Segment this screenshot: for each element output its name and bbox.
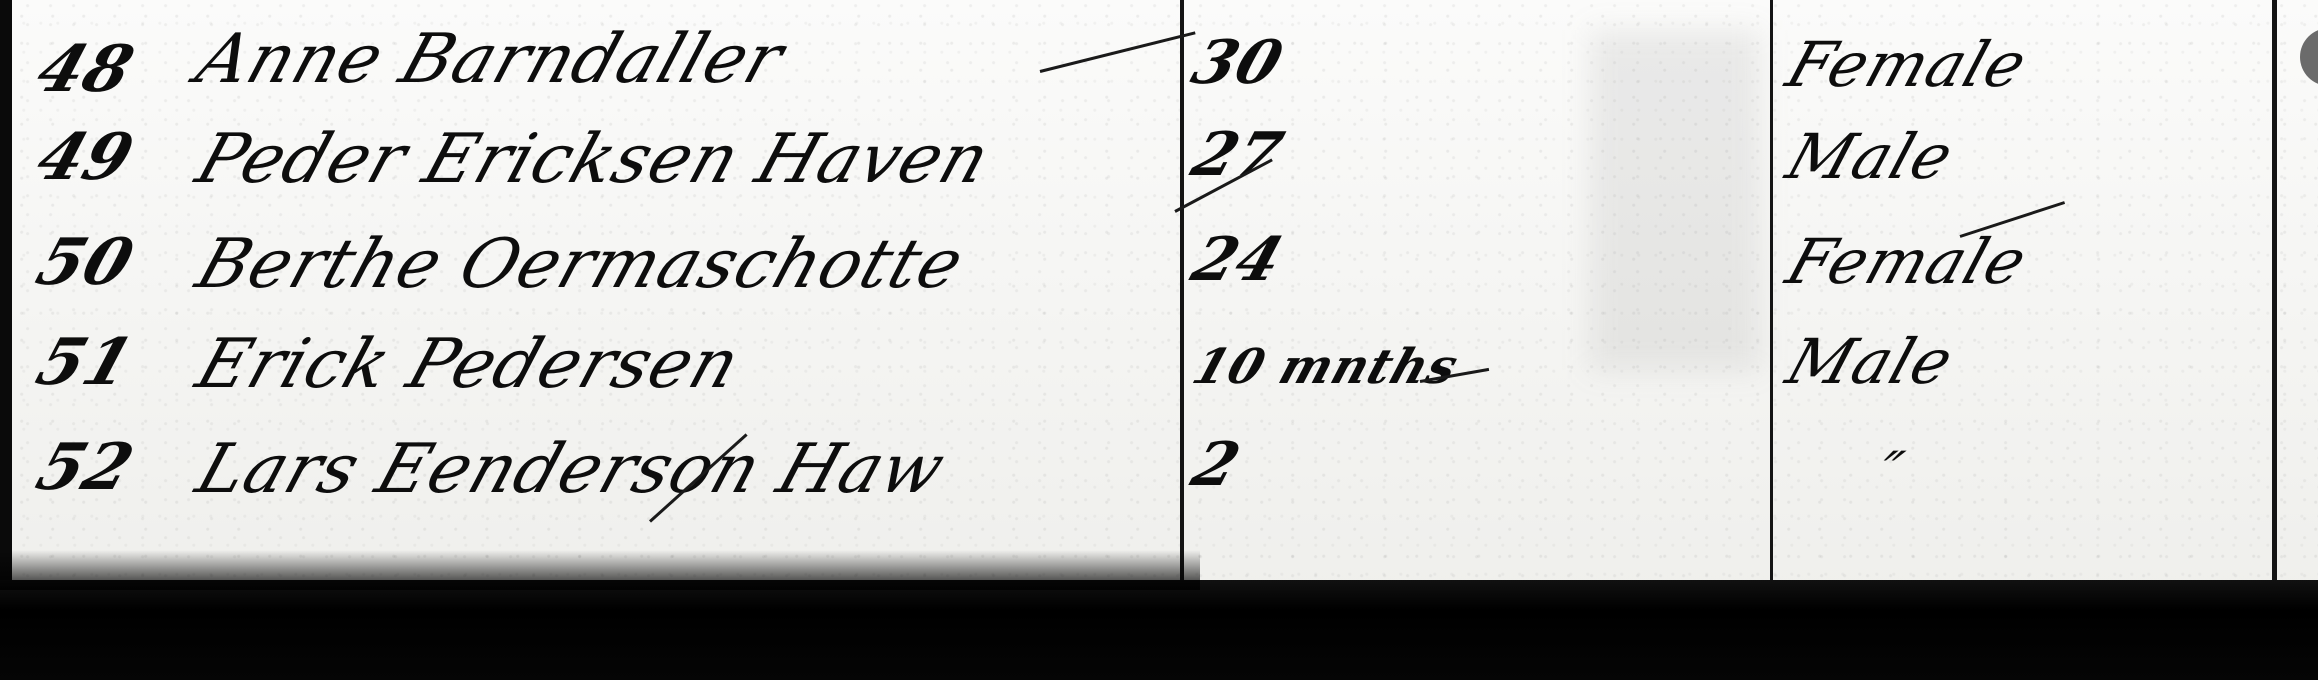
row-sex: Female bbox=[1778, 225, 2036, 298]
row-name: Peder Ericksen Haven bbox=[187, 120, 1000, 199]
row-sex: Female bbox=[1778, 28, 2036, 101]
row-age: 24 bbox=[1184, 225, 1292, 295]
scanned-register-page: 48 Anne Barndaller 30 Female 49 Peder Er… bbox=[0, 0, 2318, 680]
row-age: 2 bbox=[1184, 430, 1249, 500]
register-row: 49 Peder Ericksen Haven 27 Male bbox=[0, 120, 2318, 220]
register-row: 52 Lars Eenderson Haw 2 ″ bbox=[0, 430, 2318, 530]
row-name: Erick Pedersen bbox=[187, 325, 750, 404]
row-number: 52 bbox=[28, 430, 143, 505]
row-number: 49 bbox=[28, 120, 143, 195]
row-number: 51 bbox=[28, 325, 143, 400]
row-name: Lars Eenderson Haw bbox=[187, 430, 955, 509]
row-name: Berthe Oermaschotte bbox=[187, 225, 973, 304]
register-row: 48 Anne Barndaller 30 Female bbox=[0, 20, 2318, 120]
register-row: 51 Erick Pedersen 10 mnths Male bbox=[0, 325, 2318, 425]
register-row: 50 Berthe Oermaschotte 24 Female bbox=[0, 225, 2318, 325]
row-number: 50 bbox=[28, 225, 143, 300]
row-age: 10 mnths bbox=[1186, 339, 1465, 395]
row-number: 48 bbox=[28, 32, 143, 107]
row-name: Anne Barndaller bbox=[187, 20, 793, 99]
scan-bottom-border bbox=[0, 580, 2318, 680]
row-sex: Male bbox=[1778, 325, 1963, 398]
row-sex-ditto-mark: ″ bbox=[1870, 440, 1912, 503]
row-sex: Male bbox=[1778, 120, 1963, 193]
row-age: 30 bbox=[1184, 28, 1292, 98]
